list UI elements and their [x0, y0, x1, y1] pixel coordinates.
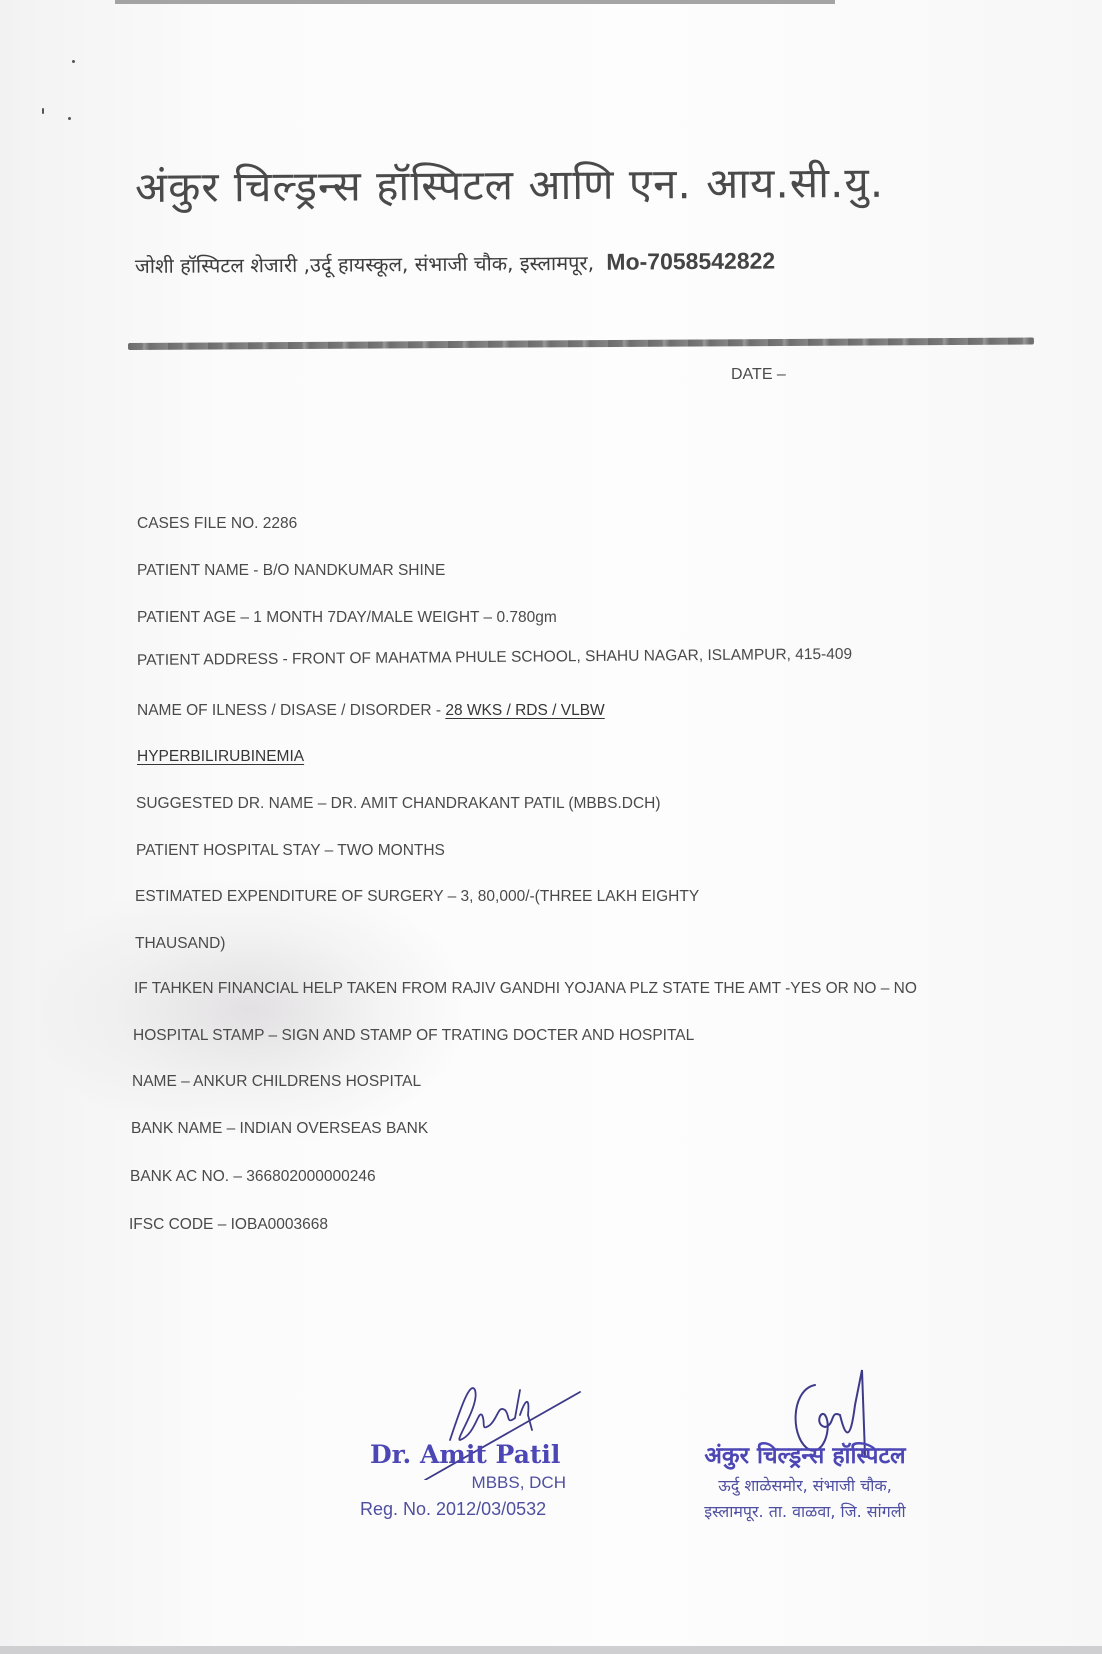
hospital-stamp: अंकुर चिल्ड्रन्स हॉस्पिटल ऊर्दु शाळेसमोर… [670, 1438, 940, 1522]
hospital-stamp-name: अंकुर चिल्ड्रन्स हॉस्पिटल [670, 1438, 940, 1470]
bank-name: BANK NAME – INDIAN OVERSEAS BANK [131, 1120, 428, 1138]
patient-address: PATIENT ADDRESS - FRONT OF MAHATMA PHULE… [137, 646, 852, 670]
illness-value-continued: HYPERBILIRUBINEMIA [137, 748, 304, 766]
suggested-doctor: SUGGESTED DR. NAME – DR. AMIT CHANDRAKAN… [136, 795, 661, 813]
hospital-stamp-line1: ऊर्दु शाळेसमोर, संभाजी चौक, [670, 1474, 940, 1496]
hospital-letterhead-title: अंकुर चिल्ड्रन्स हॉस्पिटल आणि एन. आय.सी.… [135, 153, 885, 215]
address-text: जोशी हॉस्पिटल शेजारी ,उर्दू हायस्कूल, सं… [135, 251, 594, 278]
financial-help: IF TAHKEN FINANCIAL HELP TAKEN FROM RAJI… [134, 980, 917, 998]
document-page: अंकुर चिल्ड्रन्स हॉस्पिटल आणि एन. आय.सी.… [0, 0, 1102, 1654]
letterhead-divider [128, 337, 1034, 350]
estimated-expenditure-continued: THAUSAND) [135, 935, 225, 953]
hospital-name: NAME – ANKUR CHILDRENS HOSPITAL [132, 1073, 421, 1091]
illness-label: NAME OF ILNESS / DISASE / DISORDER - [137, 702, 445, 719]
doctor-stamp-name: Dr. Amit Patil [360, 1440, 570, 1469]
hospital-letterhead-address: जोशी हॉस्पिटल शेजारी ,उर्दू हायस्कूल, सं… [135, 248, 775, 279]
patient-age-weight: PATIENT AGE – 1 MONTH 7DAY/MALE WEIGHT –… [137, 609, 557, 627]
illness-line: NAME OF ILNESS / DISASE / DISORDER - 28 … [137, 702, 605, 720]
estimated-expenditure: ESTIMATED EXPENDITURE OF SURGERY – 3, 80… [135, 888, 699, 906]
doctor-stamp: Dr. Amit Patil MBBS, DCH Reg. No. 2012/0… [360, 1440, 570, 1520]
hospital-stamp-line: HOSPITAL STAMP – SIGN AND STAMP OF TRATI… [133, 1027, 694, 1045]
hospital-stamp-line2: इस्लामपूर. ता. वाळवा, जि. सांगली [670, 1500, 940, 1522]
bank-account-number: BANK AC NO. – 366802000000246 [130, 1168, 376, 1186]
mobile-number: Mo-7058542822 [606, 248, 775, 275]
illness-value: 28 WKS / RDS / VLBW [445, 702, 604, 719]
doctor-stamp-degree: MBBS, DCH [360, 1473, 570, 1493]
hospital-stay: PATIENT HOSPITAL STAY – TWO MONTHS [136, 842, 445, 860]
patient-name: PATIENT NAME - B/O NANDKUMAR SHINE [137, 562, 445, 580]
case-file-number: CASES FILE NO. 2286 [137, 515, 297, 533]
page-bottom-edge [0, 1646, 1102, 1654]
photo-shadow [40, 880, 460, 1140]
speck [68, 117, 71, 120]
ifsc-code: IFSC CODE – IOBA0003668 [129, 1216, 328, 1234]
speck [72, 60, 75, 63]
date-label: DATE – [731, 366, 786, 384]
page-top-edge [115, 0, 835, 4]
speck [42, 108, 44, 114]
doctor-stamp-registration: Reg. No. 2012/03/0532 [360, 1499, 570, 1520]
